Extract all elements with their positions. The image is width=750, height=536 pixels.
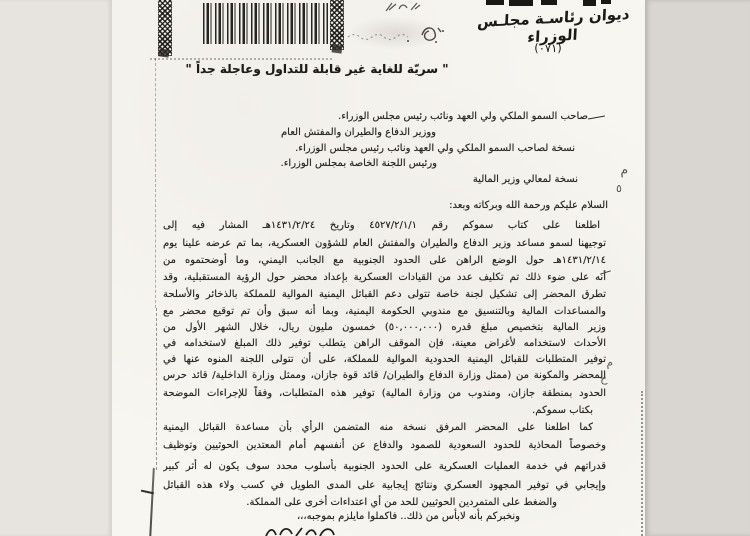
handwritten-scribble (384, 0, 422, 14)
body-line: الحدود بمنطقة جازان، ومندوب من وزارة الم… (163, 386, 606, 402)
cut-off-header-fragment (601, 0, 611, 4)
closing-line: ونخبركم بأنه لابأس من ذلك.. فاكملوا مايل… (297, 511, 520, 522)
body-line: بكتاب سموكم. (163, 403, 593, 419)
body-line: والمساعدات المالية وبالتنسيق مع مندوبي ا… (163, 304, 606, 320)
perforation-dots (150, 58, 332, 60)
cut-off-header-fragment (583, 0, 596, 6)
addressee-line-5: نسخة لمعالي وزير المالية (473, 174, 578, 185)
body-line: والضغط على المتمردين الحوثيين للحد من أي… (163, 495, 557, 511)
ink-blot (158, 48, 169, 57)
salutation: السلام عليكم ورحمة الله وبركاته وبعد: (449, 200, 608, 211)
cut-off-signature-scribble (264, 526, 338, 536)
cut-off-header-fragment (486, 0, 504, 5)
cut-off-header-fragment (541, 0, 557, 5)
addressee-line-3: نسخة لصاحب السمو الملكي ولي العهد ونائب … (295, 143, 575, 154)
body-line: وخصوصاً المحاذية للحدود السعودية للصمود … (163, 438, 606, 454)
body-line: اطلعنا على كتاب سموكم رقم ٤٥٢٧/٢/١/١ وتا… (163, 218, 600, 234)
body-line: الأحداث لاستخدامه لأغراض معينة، فإن المو… (163, 336, 606, 352)
body-line: أنه على ضوء ذلك تم تكليف عدد من القيادات… (163, 270, 606, 286)
scan-background-left (0, 0, 112, 536)
addressee-line-2: ووزير الدفاع والطيران والمفتش العام (281, 127, 436, 138)
body-line: المحضر والمكونة من (ممثل وزارة الدفاع وا… (163, 368, 606, 384)
classification-banner: " سريّة للغاية غير قابلة للتداول وعاجلة … (152, 62, 482, 76)
body-line: كما اطلعنا على المحضر المرفق نسخة منه ال… (163, 420, 593, 436)
margin-annotation-hah: ح (600, 372, 608, 385)
ornament-strip-right (330, 0, 344, 50)
letterhead-office-number: (٠٧١) (522, 41, 574, 55)
scan-background-right (645, 0, 750, 536)
document-scan: ديوان رئاسـة مجلـس الوزراء (٠٧١) " سريّة… (0, 0, 750, 536)
fold-dotted-line (641, 391, 643, 536)
body-line: وزير المالية بتخصيص مبلغ قدره (٥٠,٠٠٠,٠٠… (163, 320, 606, 336)
body-line: قدراتهم في خدمة العمليات العسكرية على ال… (163, 459, 606, 475)
handwritten-scribble (346, 22, 448, 46)
margin-annotation-circle: ٥ (616, 182, 622, 195)
body-line: توجيهنا لسمو مساعد وزير الدفاع والطيران … (163, 236, 606, 252)
fold-line (156, 308, 157, 470)
cut-off-header-fragment (509, 0, 533, 6)
margin-annotation-meem: م (619, 163, 629, 179)
barcode (203, 3, 328, 44)
body-line: توفير المتطلبات للقبائل اليمنية الحدودية… (163, 352, 606, 368)
addressee-line-4: ورئيس اللجنة الخاصة بمجلس الوزراء. (281, 158, 437, 169)
body-line: تطرق المحضر إلى تشكيل لجنة خاصة تتولى دع… (163, 287, 606, 303)
addressee-line-1: صاحب السمو الملكي ولي العهد ونائب رئيس م… (338, 111, 588, 122)
body-line: ١٤٣١/٢/١٤هـ حول الوضع الراهن على الحدود … (163, 253, 606, 269)
ink-blot (331, 44, 342, 53)
fold-line (155, 58, 156, 308)
body-line: وإيجابي في توفير المجهود العسكري ونتائج … (163, 478, 606, 494)
